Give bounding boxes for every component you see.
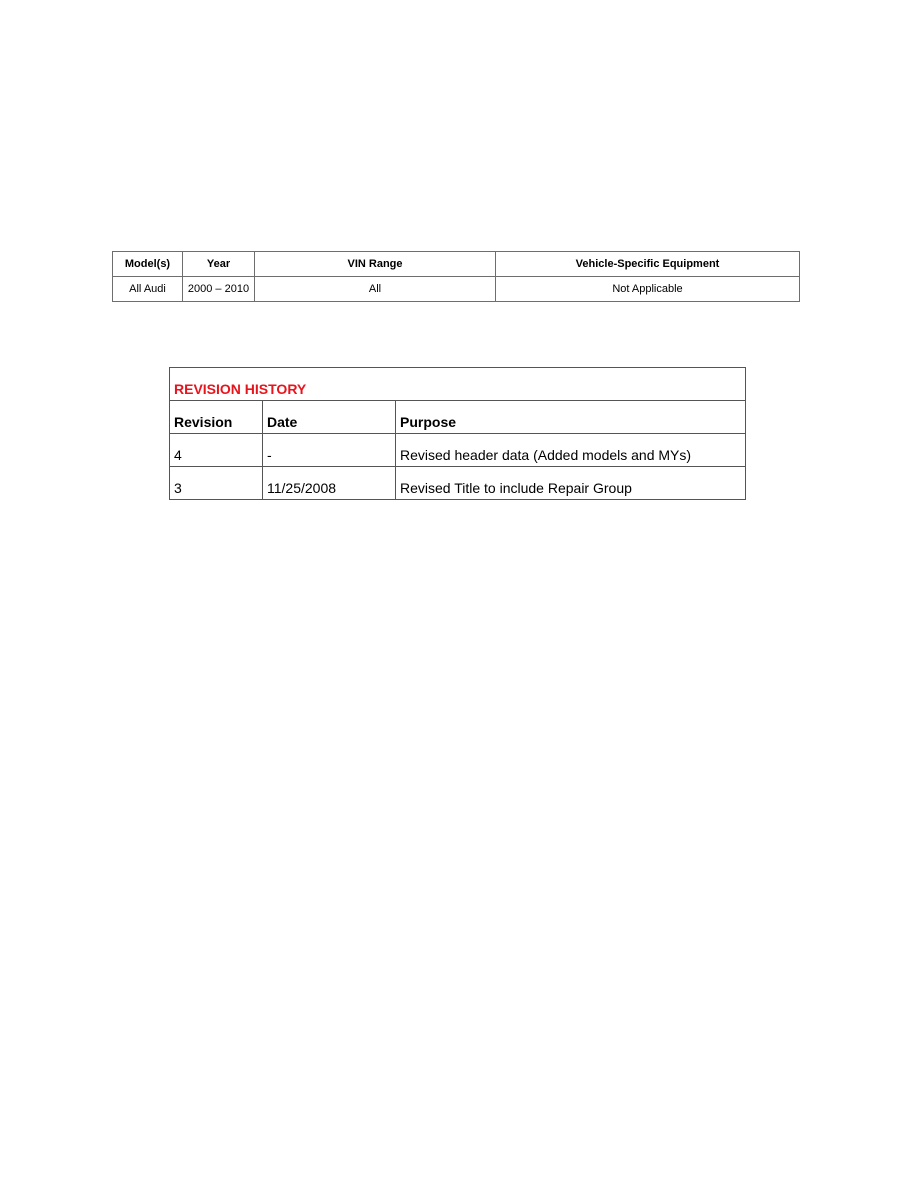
cell-date: 11/25/2008 [263, 467, 396, 500]
table-row: 4 - Revised header data (Added models an… [170, 434, 746, 467]
header-date: Date [263, 401, 396, 434]
cell-date: - [263, 434, 396, 467]
header-revision: Revision [170, 401, 263, 434]
cell-purpose: Revised Title to include Repair Group [396, 467, 746, 500]
cell-revision: 4 [170, 434, 263, 467]
table-row: 3 11/25/2008 Revised Title to include Re… [170, 467, 746, 500]
cell-purpose: Revised header data (Added models and MY… [396, 434, 746, 467]
applicability-table: Model(s) Year VIN Range Vehicle-Specific… [112, 251, 800, 302]
header-vehicle-specific-equipment: Vehicle-Specific Equipment [496, 252, 800, 277]
header-models: Model(s) [113, 252, 183, 277]
cell-vehicle-specific-equipment: Not Applicable [496, 277, 800, 302]
header-vin-range: VIN Range [255, 252, 496, 277]
cell-revision: 3 [170, 467, 263, 500]
revision-history-table: REVISION HISTORY Revision Date Purpose 4… [169, 367, 746, 500]
header-year: Year [183, 252, 255, 277]
revision-history-header-row: Revision Date Purpose [170, 401, 746, 434]
cell-year: 2000 – 2010 [183, 277, 255, 302]
cell-vin-range: All [255, 277, 496, 302]
header-purpose: Purpose [396, 401, 746, 434]
revision-history-title-row: REVISION HISTORY [170, 368, 746, 401]
table-row: All Audi 2000 – 2010 All Not Applicable [113, 277, 800, 302]
applicability-header-row: Model(s) Year VIN Range Vehicle-Specific… [113, 252, 800, 277]
cell-models: All Audi [113, 277, 183, 302]
revision-history-title: REVISION HISTORY [170, 368, 746, 401]
